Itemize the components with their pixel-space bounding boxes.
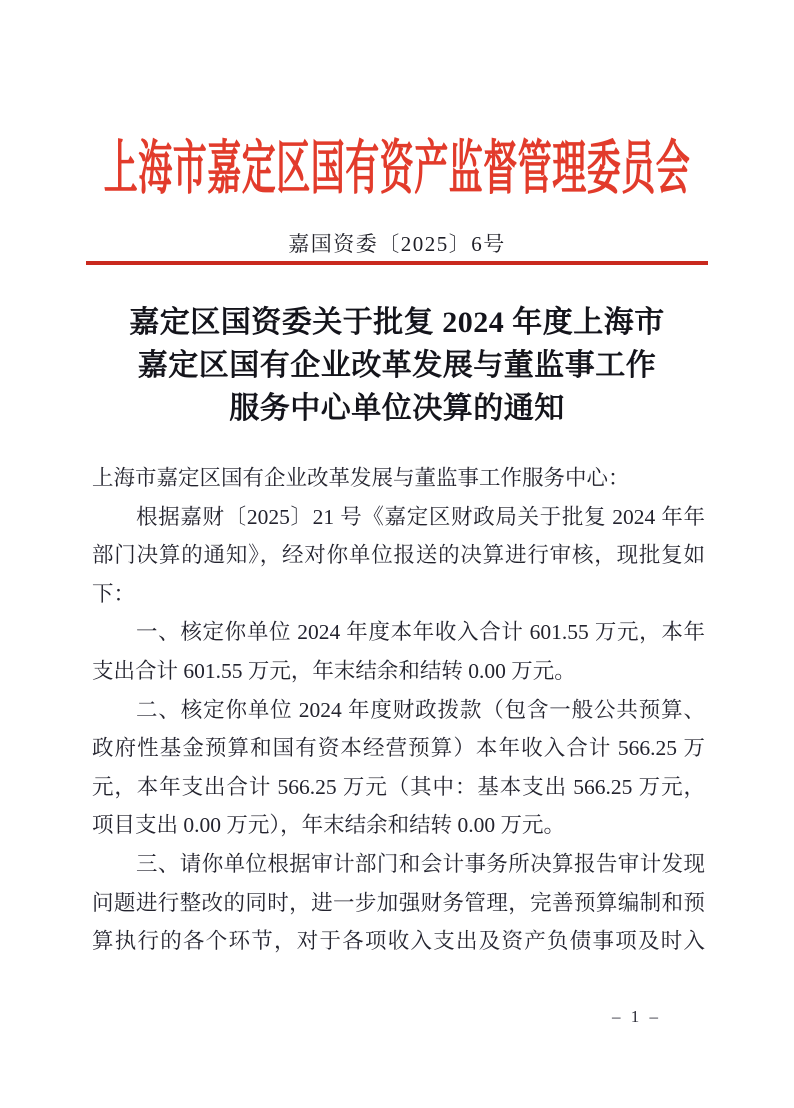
document-page: 上海市嘉定区国有资产监督管理委员会 嘉国资委〔2025〕6号 嘉定区国资委关于批… [0, 0, 794, 1108]
body-line: 算执行的各个环节，对于各项收入支出及资产负债事项及时入 [92, 922, 705, 961]
page-number: – 1 – [612, 1007, 661, 1027]
red-divider-line [86, 261, 708, 265]
body-line: 问题进行整改的同时，进一步加强财务管理，完善预算编制和预 [92, 884, 705, 923]
body-line: 支出合计 601.55 万元，年末结余和结转 0.00 万元。 [92, 652, 705, 691]
document-title-line: 嘉定区国有企业改革发展与董监事工作 [0, 344, 794, 387]
body-line: 政府性基金预算和国有资本经营预算）本年收入合计 566.25 万 [92, 729, 705, 768]
document-title: 嘉定区国资委关于批复 2024 年度上海市 嘉定区国有企业改革发展与董监事工作 … [0, 301, 794, 430]
body-line: 下： [92, 575, 705, 614]
body-line-salutation: 上海市嘉定区国有企业改革发展与董监事工作服务中心： [92, 459, 705, 498]
body-line-item-2: 二、核定你单位 2024 年度财政拨款（包含一般公共预算、 [92, 691, 705, 730]
body-line: 部门决算的通知》，经对你单位报送的决算进行审核，现批复如 [92, 536, 705, 575]
body-line: 项目支出 0.00 万元），年末结余和结转 0.00 万元。 [92, 806, 705, 845]
body-line: 根据嘉财〔2025〕21 号《嘉定区财政局关于批复 2024 年年 [92, 498, 705, 537]
body-text: 上海市嘉定区国有企业改革发展与董监事工作服务中心： 根据嘉财〔2025〕21 号… [92, 459, 705, 961]
body-line-item-1: 一、核定你单位 2024 年度本年收入合计 601.55 万元，本年 [92, 613, 705, 652]
body-line-item-3: 三、请你单位根据审计部门和会计事务所决算报告审计发现 [92, 845, 705, 884]
document-title-line: 服务中心单位决算的通知 [0, 387, 794, 430]
document-number: 嘉国资委〔2025〕6号 [0, 228, 794, 258]
body-line: 元，本年支出合计 566.25 万元（其中：基本支出 566.25 万元， [92, 768, 705, 807]
letterhead-agency-title: 上海市嘉定区国有资产监督管理委员会 [0, 121, 794, 205]
document-title-line: 嘉定区国资委关于批复 2024 年度上海市 [0, 301, 794, 344]
